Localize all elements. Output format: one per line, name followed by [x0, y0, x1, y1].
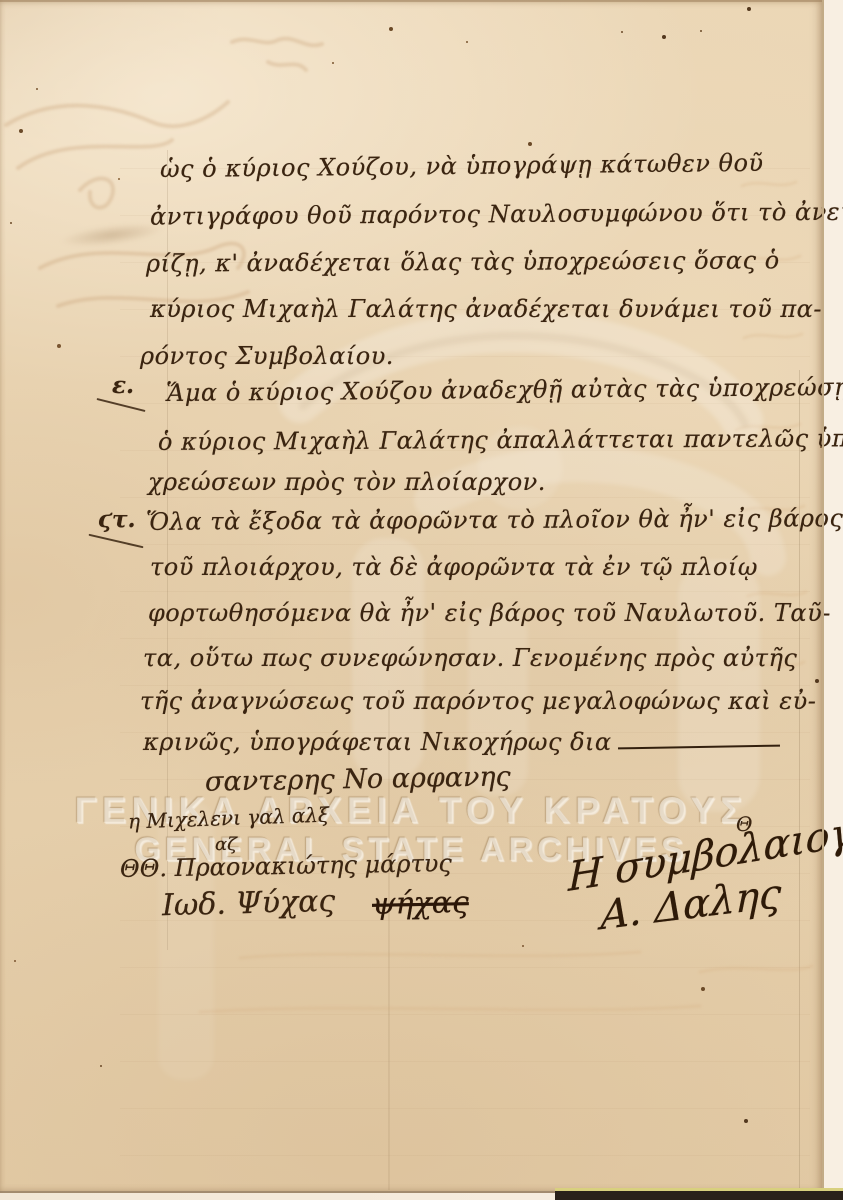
manuscript-line: ὁ κύριος Μιχαὴλ Γαλάτης ἀπαλλάττεται παν…	[158, 424, 843, 456]
manuscript-line: ἀντιγράφου θοῦ παρόντος Ναυλοσυμφώνου ὅτ…	[150, 197, 843, 230]
manuscript-paper-sheet: ΓΕΝΙΚΑ ΑΡΧΕΙΑ ΤΟΥ ΚΡΑΤΟΥΣ GENERAL STATE …	[0, 0, 822, 1193]
crossed-out-word: ψήχας	[372, 885, 469, 922]
manuscript-line: ρίζῃ, κ' ἀναδέχεται ὅλας τὰς ὑποχρεώσεις…	[146, 246, 780, 277]
bottom-dark-strip	[555, 1191, 843, 1200]
manuscript-line: χρεώσεων πρὸς τὸν πλοίαρχον.	[148, 468, 546, 496]
manuscript-line: ρόντος Συμβολαίου.	[140, 342, 394, 370]
manuscript-line: κύριος Μιχαὴλ Γαλάτης ἀναδέχεται δυνάμει…	[150, 295, 822, 323]
paper-right-edge	[822, 0, 824, 1193]
witness-signature: Ιωδ. Ψύχας	[162, 884, 336, 924]
manuscript-line: φορτωθησόμενα θὰ ἦν' εἰς βάρος τοῦ Ναυλω…	[148, 599, 831, 627]
manuscript-line: τοῦ πλοιάρχου, τὰ δὲ ἀφορῶντα τὰ ἐν τῷ π…	[150, 553, 758, 581]
paragraph-marker-epsilon: ε.	[112, 372, 134, 399]
scanned-document-page: ΓΕΝΙΚΑ ΑΡΧΕΙΑ ΤΟΥ ΚΡΑΤΟΥΣ GENERAL STATE …	[0, 0, 843, 1200]
paragraph-marker-stigma-tau: ϛτ.	[98, 506, 136, 533]
manuscript-line: Ἅμα ὁ κύριος Χούζου ἀναδεχθῇ αὐτὰς τὰς ὑ…	[166, 373, 843, 407]
manuscript-line: Ὅλα τὰ ἔξοδα τὰ ἀφορῶντα τὸ πλοῖον θὰ ἦν…	[146, 504, 843, 536]
watermark-text-greek: ΓΕΝΙΚΑ ΑΡΧΕΙΑ ΤΟΥ ΚΡΑΤΟΥΣ	[0, 790, 822, 832]
bottom-edge-line	[0, 1191, 560, 1193]
signature: σαντερης Νο αρφανης	[205, 761, 511, 797]
manuscript-line: κρινῶς, ὑπογράφεται Νικοχήρως δια	[143, 728, 612, 756]
signature-mark: αζ	[215, 834, 237, 855]
top-edge-shadow	[0, 0, 822, 2]
manuscript-line: τα, οὕτω πως συνεφώνησαν. Γενομένης πρὸς…	[143, 644, 797, 672]
manuscript-line: τῆς ἀναγνώσεως τοῦ παρόντος μεγαλοφώνως …	[140, 687, 816, 715]
witness-signature: ΘΘ. Πραονακιώτης μάρτυς	[120, 849, 452, 883]
